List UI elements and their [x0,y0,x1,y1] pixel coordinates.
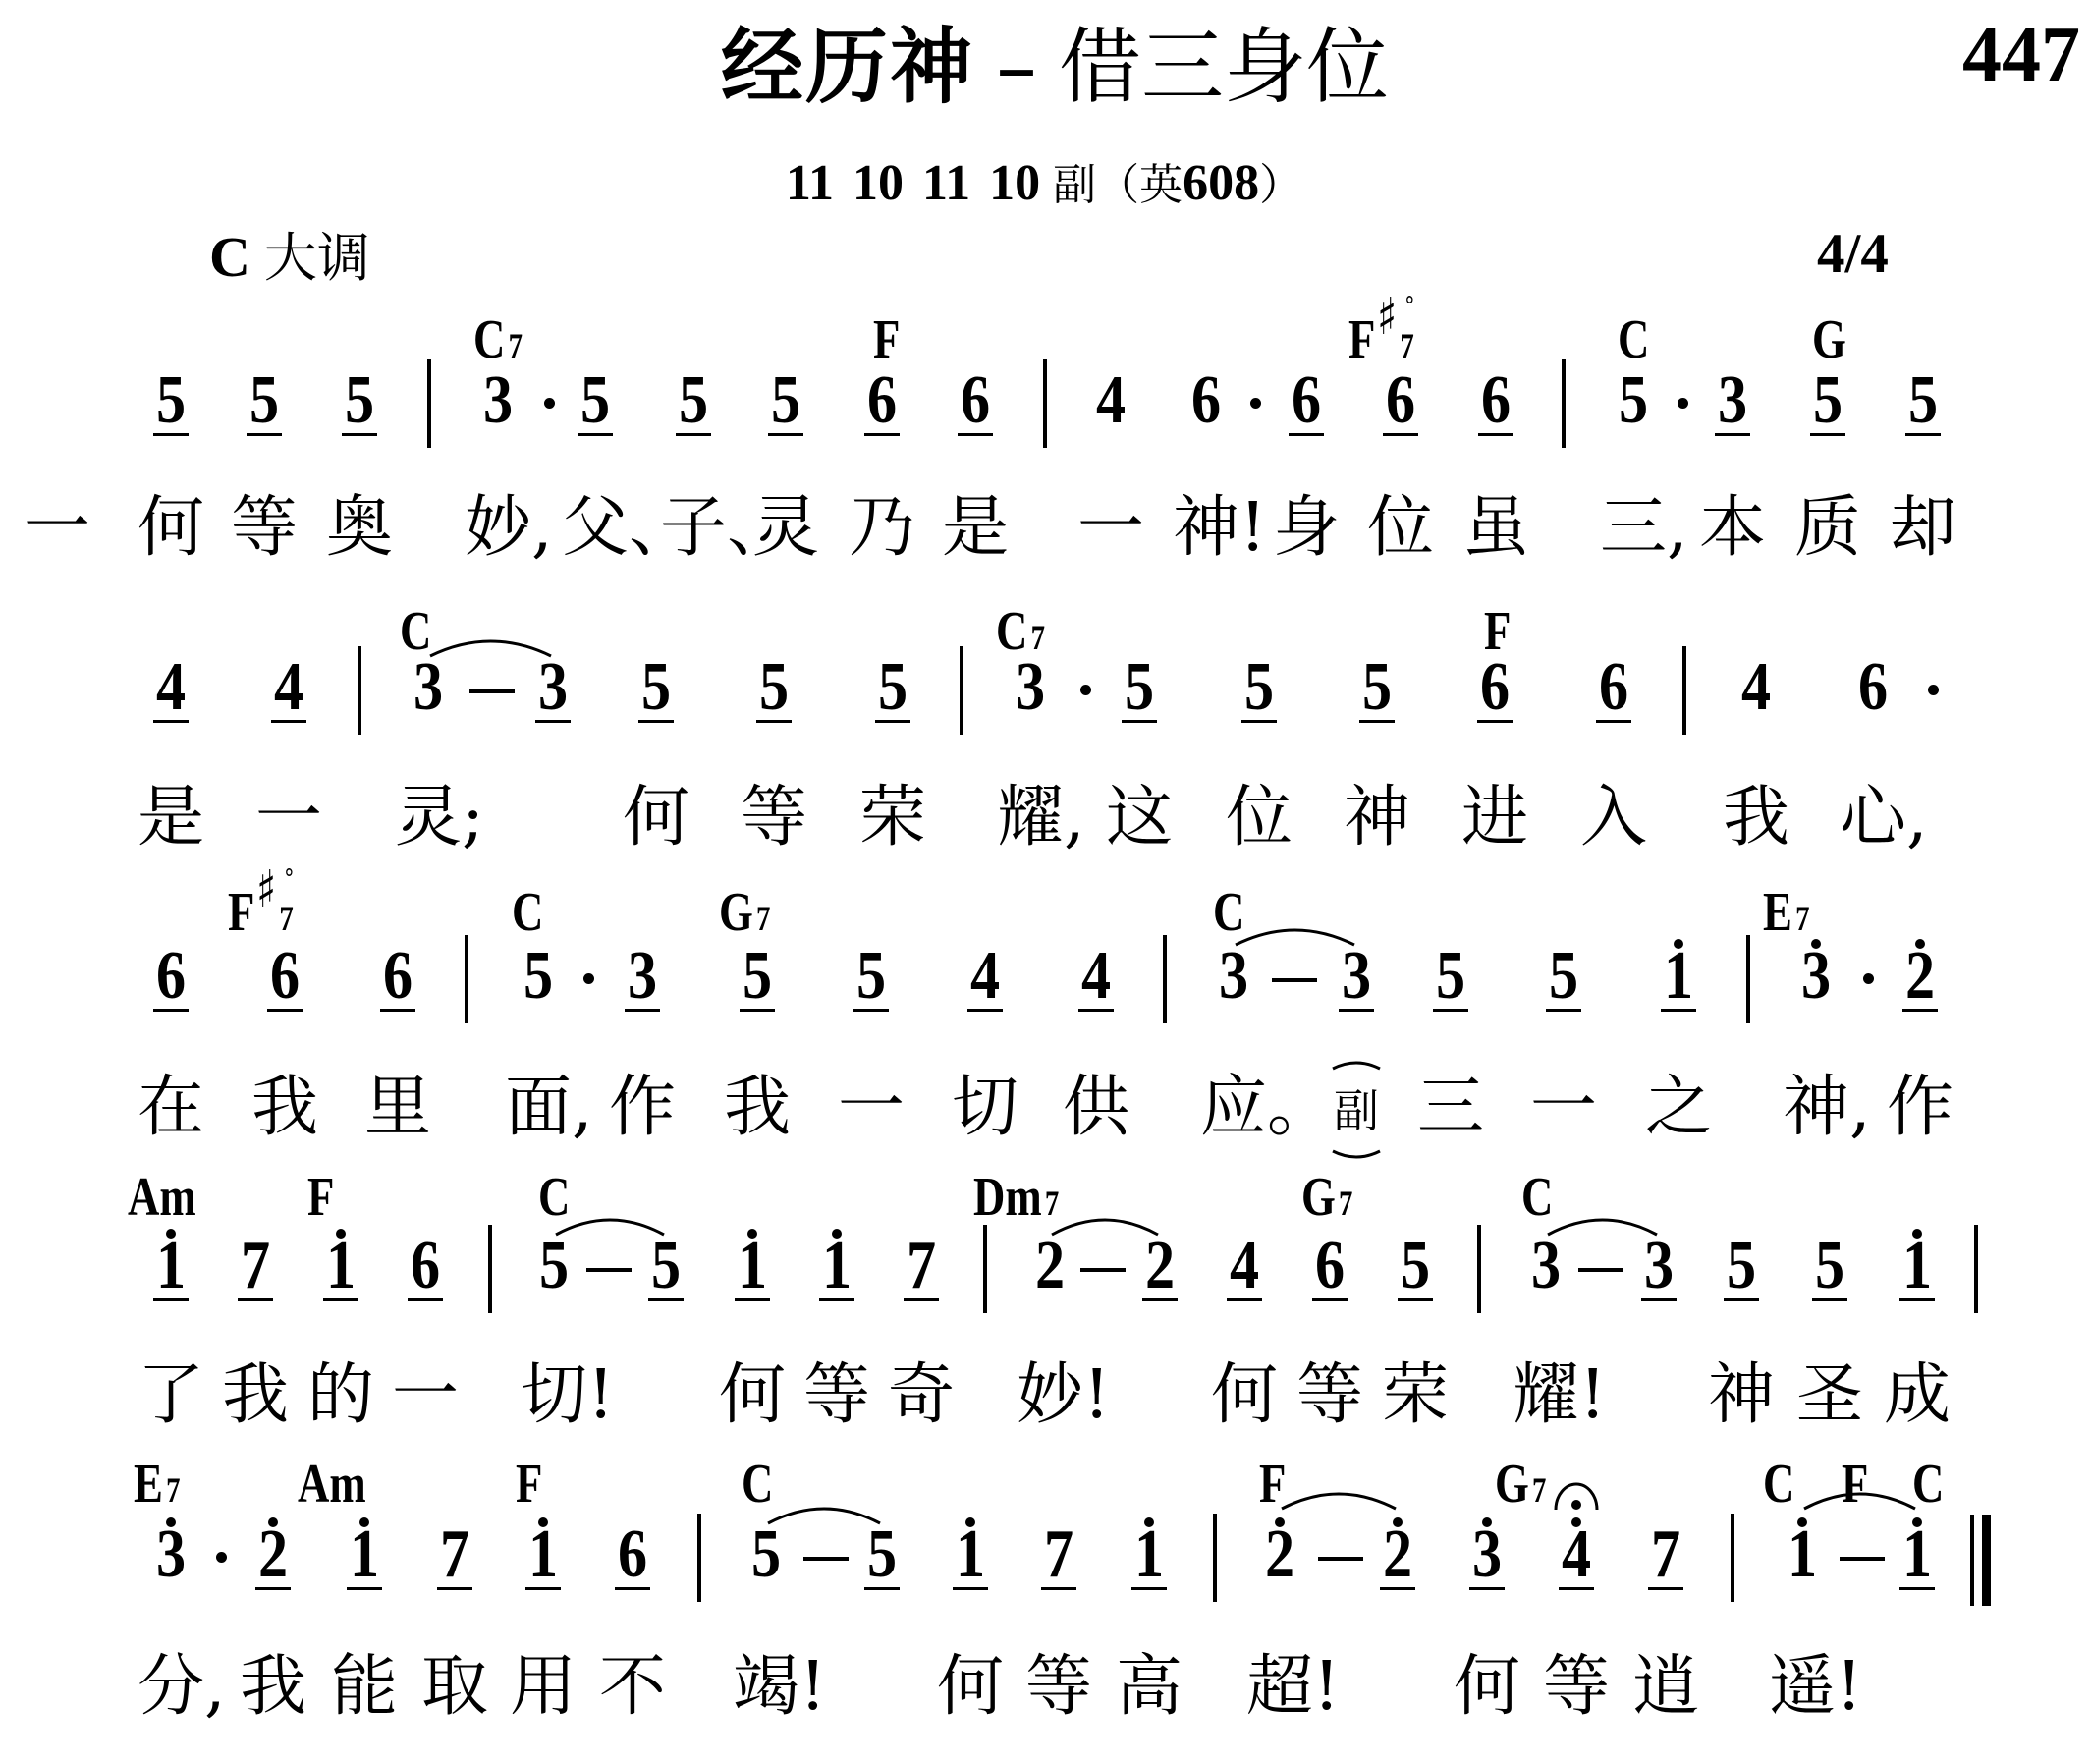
barline [1731,1514,1734,1602]
eighth-underline [1899,1587,1935,1590]
final-barline-thin [1970,1515,1974,1606]
octave-dot-high-icon [965,1517,975,1527]
chord-symbol: C [742,1457,773,1512]
chord-root: F [1842,1454,1868,1515]
eighth-underline [1131,1587,1167,1590]
eighth-underline [864,1587,900,1590]
note-digit: 1 [1777,1520,1828,1589]
note: 7 [1029,1500,1088,1608]
octave-dot-high-icon [1912,1517,1922,1527]
lyric-syllable: 何 [937,1654,1004,1721]
chord-seventh: 7 [166,1470,180,1510]
note: 2 [244,1500,303,1608]
octave-dot-high-icon [359,1517,369,1527]
chord-seventh: 7 [1532,1470,1546,1510]
note-digit: 3 [1461,1520,1513,1589]
fermata-icon [1553,1480,1600,1512]
octave-dot-high-icon [1275,1517,1285,1527]
lyric-syllable: 取 [421,1654,488,1721]
extension-dash [1318,1557,1363,1561]
octave-dot-high-icon [1144,1517,1154,1527]
chord-root: F [1259,1454,1286,1515]
note-digit: 1 [518,1520,569,1589]
chord-root: Am [298,1454,366,1515]
octave-dot-high-icon [1797,1517,1807,1527]
lyric-syllable: 不 [599,1654,666,1721]
note: 7 [1636,1500,1695,1608]
score-line-5: 321716551712234711E7AmFCFG7CFC分,我能取用不竭!何… [0,0,2091,1764]
note: 3 [1458,1500,1516,1608]
eighth-underline [1041,1587,1076,1590]
note: 1 [335,1500,394,1608]
octave-dot-high-icon [1571,1517,1581,1527]
note-digit: 1 [945,1520,996,1589]
note: 6 [603,1500,662,1608]
lyric-syllable: 我 [240,1654,306,1721]
hymn-page: 经历神–借三身位 447 11 10 11 10 副（英608） C大调 4/4… [0,0,2091,1764]
chord-root: F [516,1454,542,1515]
note: 1 [1773,1500,1832,1608]
barline [697,1514,701,1602]
chord-extension: 7 [1532,1472,1546,1508]
chord-symbol: G7 [1495,1457,1546,1512]
note-digit: 5 [856,1520,908,1589]
eighth-underline [953,1587,988,1590]
score: 555355566466665355C7FF♯7°CG一何等奥妙,父、子、灵乃是… [0,0,2091,1764]
final-barline [1970,1515,1992,1606]
note-digit: 2 [248,1520,299,1589]
note: 2 [1368,1500,1427,1608]
extension-dash [1840,1557,1885,1561]
note-digit: 3 [145,1520,196,1589]
note: 2 [1250,1500,1309,1608]
chord-root: C [742,1454,773,1515]
note: 4 [1547,1500,1606,1608]
lyric-syllable: 何 [1454,1654,1520,1721]
eighth-underline [1380,1587,1415,1590]
chord-symbol: C [1912,1457,1944,1512]
note: 1 [941,1500,1000,1608]
eighth-underline [615,1587,650,1590]
tie-arc [1280,1492,1398,1512]
chord-root: C [1912,1454,1944,1515]
chord-symbol: F [1259,1457,1286,1512]
note-digit: 7 [429,1520,480,1589]
lyric-syllable: 分, [138,1654,226,1721]
note: 3 [141,1500,200,1608]
note-digit: 6 [607,1520,658,1589]
chord-symbol: E7 [134,1457,180,1512]
note-digit: 2 [1254,1520,1305,1589]
note-digit: 2 [1372,1520,1423,1589]
note-digit: 7 [1640,1520,1691,1589]
eighth-underline [525,1587,561,1590]
note-digit: 1 [1892,1520,1943,1589]
octave-dot-high-icon [268,1517,278,1527]
note: 1 [1120,1500,1179,1608]
note-digit: 7 [1033,1520,1084,1589]
lyric-syllable: 竭! [733,1654,826,1721]
lyric-syllable: 超! [1246,1654,1340,1721]
note-digit: 1 [1124,1520,1175,1589]
chord-symbol: F [516,1457,542,1512]
lyric-syllable: 逍 [1632,1654,1699,1721]
chord-extension: 7 [166,1472,180,1508]
eighth-underline [255,1587,291,1590]
lyric-syllable: 高 [1116,1654,1183,1721]
lyric-syllable: 等 [1543,1654,1610,1721]
chord-root: C [1763,1454,1794,1515]
eighth-underline [347,1587,382,1590]
chord-symbol: F [1842,1457,1868,1512]
eighth-underline [437,1587,472,1590]
octave-dot-high-icon [1393,1517,1403,1527]
barline [1213,1514,1217,1602]
note: 1 [514,1500,573,1608]
note-digit: 1 [339,1520,390,1589]
chord-symbol: Am [298,1457,366,1512]
note-digit: 4 [1551,1520,1602,1589]
octave-dot-high-icon [1482,1517,1492,1527]
chord-root: G [1495,1454,1529,1515]
note-digit: 5 [741,1520,792,1589]
lyric-syllable: 能 [331,1654,398,1721]
lyric-syllable: 用 [510,1654,577,1721]
eighth-underline [1648,1587,1683,1590]
note: 7 [425,1500,484,1608]
note: 1 [1888,1500,1947,1608]
eighth-underline [1559,1587,1594,1590]
lyric-syllable: 等 [1025,1654,1092,1721]
tie-arc [766,1507,882,1526]
octave-dot-high-icon [538,1517,548,1527]
final-barline-thick [1982,1515,1991,1606]
extension-dash [803,1557,849,1561]
augmentation-dot [216,1552,227,1563]
eighth-underline [1469,1587,1505,1590]
lyric-syllable: 遥! [1769,1654,1862,1721]
chord-root: E [134,1454,163,1515]
chord-symbol: C [1763,1457,1794,1512]
octave-dot-high-icon [166,1517,176,1527]
